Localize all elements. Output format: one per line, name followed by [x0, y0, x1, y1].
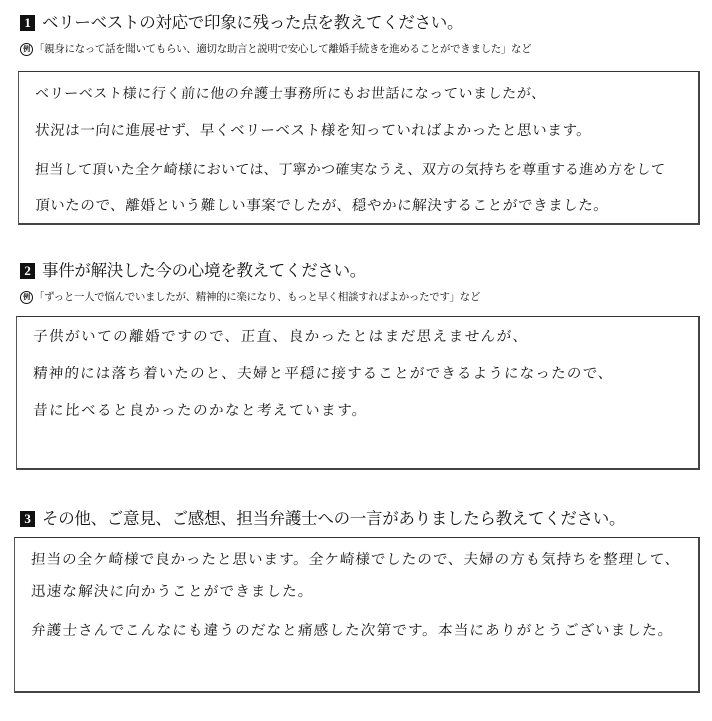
question-3-section: 3 その他、ご意見、ご感想、担当弁護士への一言がありましたら教えてください。 担…: [0, 0, 712, 700]
question-text: その他、ご意見、ご感想、担当弁護士への一言がありましたら教えてください。: [42, 509, 625, 529]
question-3-title: 3 その他、ご意見、ご感想、担当弁護士への一言がありましたら教えてください。: [20, 509, 625, 529]
answer-line: 迅速な解決に向かうことができました。: [30, 582, 314, 602]
answer-line: 担当の全ケ崎様で良かったと思います。全ケ崎様でしたので、夫婦の方も気持ちを整理し…: [30, 550, 681, 570]
question-number-badge: 3: [20, 511, 35, 527]
answer-line: 弁護士さんでこんなにも違うのだなと痛感した次第です。本当にありがとうございました…: [30, 621, 674, 641]
answer-box-3: 担当の全ケ崎様で良かったと思います。全ケ崎様でしたので、夫婦の方も気持ちを整理し…: [14, 537, 700, 693]
